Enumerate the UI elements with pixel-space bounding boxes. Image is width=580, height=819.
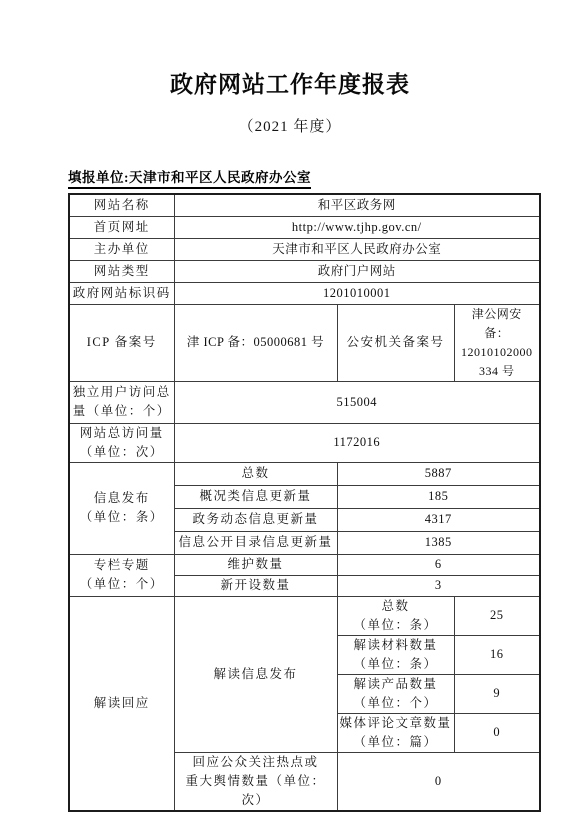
row-icp: ICP 备案号 津 ICP 备：05000681 号 公安机关备案号 津公网安 … bbox=[69, 304, 540, 381]
interp-media-label-line2: （单位：篇） bbox=[340, 733, 452, 752]
interpretation-group-label: 解读回应 bbox=[69, 596, 174, 811]
police-record-label: 公安机关备案号 bbox=[337, 304, 454, 381]
interp-materials-label: 解读材料数量 （单位：条） bbox=[337, 635, 454, 674]
reporting-unit-line: 填报单位:天津市和平区人民政府办公室 bbox=[68, 166, 311, 189]
interp-total-label-line2: （单位：条） bbox=[340, 616, 452, 635]
unique-visitors-label-line1: 独立用户访问总 bbox=[72, 383, 172, 402]
columns-new-label: 新开设数量 bbox=[174, 575, 337, 596]
site-code-value: 1201010001 bbox=[174, 282, 540, 304]
interp-total-value: 25 bbox=[454, 596, 540, 635]
interp-publish-label: 解读信息发布 bbox=[174, 596, 337, 752]
total-visits-label-line1: 网站总访问量 bbox=[72, 424, 172, 443]
home-url-label: 首页网址 bbox=[69, 216, 174, 238]
site-name-label: 网站名称 bbox=[69, 194, 174, 216]
info-overview-value: 185 bbox=[337, 485, 540, 508]
info-catalog-value: 1385 bbox=[337, 531, 540, 554]
row-total-visits: 网站总访问量 （单位：次） 1172016 bbox=[69, 423, 540, 462]
interp-media-label-line1: 媒体评论文章数量 bbox=[340, 714, 452, 733]
response-value: 0 bbox=[337, 752, 540, 811]
info-total-value: 5887 bbox=[337, 462, 540, 485]
interp-media-value: 0 bbox=[454, 713, 540, 752]
unique-visitors-value: 515004 bbox=[174, 381, 540, 423]
response-label-line3: 次） bbox=[177, 791, 335, 810]
site-type-value: 政府门户网站 bbox=[174, 260, 540, 282]
police-record-line4: 334 号 bbox=[457, 362, 538, 381]
info-total-label: 总数 bbox=[174, 462, 337, 485]
site-type-label: 网站类型 bbox=[69, 260, 174, 282]
info-publish-label-line2: （单位：条） bbox=[72, 508, 172, 527]
interp-total-label-line1: 总数 bbox=[340, 597, 452, 616]
reporting-unit-underlined: 填报单位:天津市和平区人民政府办公室 bbox=[68, 166, 311, 189]
row-unique-visitors: 独立用户访问总 量（单位：个） 515004 bbox=[69, 381, 540, 423]
site-name-value: 和平区政务网 bbox=[174, 194, 540, 216]
interp-materials-value: 16 bbox=[454, 635, 540, 674]
row-host-unit: 主办单位 天津市和平区人民政府办公室 bbox=[69, 238, 540, 260]
info-dynamic-value: 4317 bbox=[337, 508, 540, 531]
info-overview-label: 概况类信息更新量 bbox=[174, 485, 337, 508]
special-columns-label-line2: （单位：个） bbox=[72, 575, 172, 594]
info-dynamic-label: 政务动态信息更新量 bbox=[174, 508, 337, 531]
special-columns-group-label: 专栏专题 （单位：个） bbox=[69, 554, 174, 596]
interp-products-value: 9 bbox=[454, 674, 540, 713]
row-site-type: 网站类型 政府门户网站 bbox=[69, 260, 540, 282]
columns-maintained-label: 维护数量 bbox=[174, 554, 337, 575]
response-label: 回应公众关注热点或 重大舆情数量（单位： 次） bbox=[174, 752, 337, 811]
unique-visitors-label-line2: 量（单位：个） bbox=[72, 402, 172, 421]
host-unit-value: 天津市和平区人民政府办公室 bbox=[174, 238, 540, 260]
police-record-value: 津公网安 备： 12010102000 334 号 bbox=[454, 304, 540, 381]
reporting-unit-label: 填报单位: bbox=[68, 170, 129, 185]
response-label-line2: 重大舆情数量（单位： bbox=[177, 772, 335, 791]
row-info-publish-total: 信息发布 （单位：条） 总数 5887 bbox=[69, 462, 540, 485]
home-url-value: http://www.tjhp.gov.cn/ bbox=[174, 216, 540, 238]
page-title: 政府网站工作年度报表 bbox=[0, 66, 580, 99]
row-site-code: 政府网站标识码 1201010001 bbox=[69, 282, 540, 304]
interp-products-label-line2: （单位：个） bbox=[340, 694, 452, 713]
icp-value: 津 ICP 备：05000681 号 bbox=[174, 304, 337, 381]
interp-materials-label-line2: （单位：条） bbox=[340, 655, 452, 674]
unique-visitors-label: 独立用户访问总 量（单位：个） bbox=[69, 381, 174, 423]
interp-media-label: 媒体评论文章数量 （单位：篇） bbox=[337, 713, 454, 752]
columns-maintained-value: 6 bbox=[337, 554, 540, 575]
page-subtitle: （2021 年度） bbox=[0, 115, 580, 136]
row-home-url: 首页网址 http://www.tjhp.gov.cn/ bbox=[69, 216, 540, 238]
site-code-label: 政府网站标识码 bbox=[69, 282, 174, 304]
info-publish-label-line1: 信息发布 bbox=[72, 489, 172, 508]
reporting-unit-value: 天津市和平区人民政府办公室 bbox=[129, 170, 311, 185]
response-label-line1: 回应公众关注热点或 bbox=[177, 753, 335, 772]
police-record-line3: 12010102000 bbox=[457, 343, 538, 362]
total-visits-label: 网站总访问量 （单位：次） bbox=[69, 423, 174, 462]
police-record-line2: 备： bbox=[457, 324, 538, 343]
info-publish-group-label: 信息发布 （单位：条） bbox=[69, 462, 174, 554]
info-catalog-label: 信息公开目录信息更新量 bbox=[174, 531, 337, 554]
interp-products-label: 解读产品数量 （单位：个） bbox=[337, 674, 454, 713]
interp-materials-label-line1: 解读材料数量 bbox=[340, 636, 452, 655]
host-unit-label: 主办单位 bbox=[69, 238, 174, 260]
total-visits-label-line2: （单位：次） bbox=[72, 443, 172, 462]
icp-label: ICP 备案号 bbox=[69, 304, 174, 381]
columns-new-value: 3 bbox=[337, 575, 540, 596]
row-interp-total: 解读回应 解读信息发布 总数 （单位：条） 25 bbox=[69, 596, 540, 635]
interp-products-label-line1: 解读产品数量 bbox=[340, 675, 452, 694]
annual-report-table: 网站名称 和平区政务网 首页网址 http://www.tjhp.gov.cn/… bbox=[68, 193, 541, 812]
row-site-name: 网站名称 和平区政务网 bbox=[69, 194, 540, 216]
special-columns-label-line1: 专栏专题 bbox=[72, 556, 172, 575]
interp-total-label: 总数 （单位：条） bbox=[337, 596, 454, 635]
row-columns-maintained: 专栏专题 （单位：个） 维护数量 6 bbox=[69, 554, 540, 575]
police-record-line1: 津公网安 bbox=[457, 305, 538, 324]
total-visits-value: 1172016 bbox=[174, 423, 540, 462]
